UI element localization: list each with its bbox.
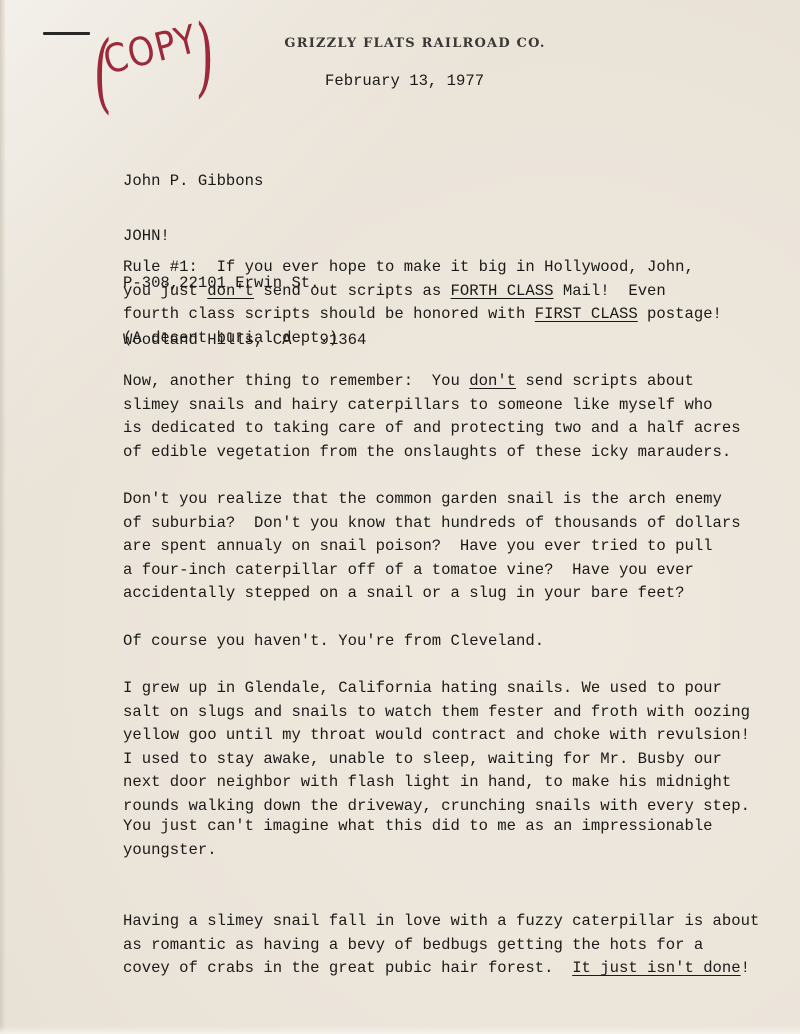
text-line: a four-inch caterpillar off of a tomatoe… [123,559,741,583]
text-run: Of course you haven't. You're from Cleve… [123,632,544,650]
text-run: I used to stay awake, unable to sleep, w… [123,750,722,768]
text-line: next door neighbor with flash light in h… [123,771,750,795]
text-run: covey of crabs in the great pubic hair f… [123,959,572,977]
text-run: a four-inch caterpillar off of a tomatoe… [123,561,694,579]
paragraph-cleveland: Of course you haven't. You're from Cleve… [123,630,544,654]
underlined-emphasis: FIRST CLASS [535,305,638,323]
paragraph-impressionable: You just can't imagine what this did to … [123,815,713,862]
text-run: postage! [638,305,722,323]
text-run: as romantic as having a bevy of bedbugs … [123,936,703,954]
text-run: salt on slugs and snails to watch them f… [123,703,750,721]
text-line: Don't you realize that the common garden… [123,488,741,512]
text-line: I used to stay awake, unable to sleep, w… [123,748,750,772]
letter-page: ( COPY ) GRIZZLY FLATS RAILROAD CO. Febr… [0,0,800,1034]
text-line: covey of crabs in the great pubic hair f… [123,957,759,981]
text-line: yellow goo until my throat would contrac… [123,724,750,748]
paragraph-arch-enemy: Don't you realize that the common garden… [123,488,741,606]
recipient-name: John P. Gibbons [123,172,366,191]
text-line: of edible vegetation from the onslaughts… [123,441,741,465]
text-line: slimey snails and hairy caterpillars to … [123,394,741,418]
text-line: Having a slimey snail fall in love with … [123,910,759,934]
text-run: youngster. [123,841,217,859]
underlined-emphasis: don't [469,372,516,390]
text-line: is dedicated to taking care of and prote… [123,417,741,441]
handwritten-copy-annotation: ( COPY ) [92,20,222,120]
company-letterhead: GRIZZLY FLATS RAILROAD CO. [0,36,800,51]
paragraph-another-thing: Now, another thing to remember: You don'… [123,370,741,464]
text-run: is dedicated to taking care of and prote… [123,419,741,437]
text-line: are spent annualy on snail poison? Have … [123,535,741,559]
text-run: send scripts about [516,372,694,390]
text-line: Of course you haven't. You're from Cleve… [123,630,544,654]
text-run: You just can't imagine what this did to … [123,817,713,835]
text-run: next door neighbor with flash light in h… [123,773,731,791]
text-run: accidentally stepped on a snail or a slu… [123,584,684,602]
underlined-emphasis: don't [207,282,254,300]
text-run: Mail! Even [553,282,665,300]
text-run: fourth class scripts should be honored w… [123,305,535,323]
text-run: of edible vegetation from the onslaughts… [123,443,731,461]
text-line: Rule #1: If you ever hope to make it big… [123,256,722,280]
text-run: slimey snails and hairy caterpillars to … [123,396,713,414]
paragraph-rule-one: Rule #1: If you ever hope to make it big… [123,256,722,350]
text-line: of suburbia? Don't you know that hundred… [123,512,741,536]
text-run: Don't you realize that the common garden… [123,490,722,508]
text-run: yellow goo until my throat would contrac… [123,726,750,744]
text-line: accidentally stepped on a snail or a slu… [123,582,741,606]
text-run: Now, another thing to remember: You [123,372,469,390]
letter-date: February 13, 1977 [325,72,484,90]
text-line: youngster. [123,839,713,863]
text-run: of suburbia? Don't you know that hundred… [123,514,741,532]
text-line: Now, another thing to remember: You don'… [123,370,741,394]
text-run: rounds walking down the driveway, crunch… [123,797,750,815]
paragraph-not-done: Having a slimey snail fall in love with … [123,910,759,981]
underlined-emphasis: It just isn't done [572,959,740,977]
text-run: you just [123,282,207,300]
text-line: you just don't send out scripts as FORTH… [123,280,722,304]
text-run: ! [741,959,750,977]
text-run: Rule #1: If you ever hope to make it big… [123,258,694,276]
text-run: send out scripts as [254,282,451,300]
text-run: Having a slimey snail fall in love with … [123,912,759,930]
text-line: I grew up in Glendale, California hating… [123,677,750,701]
text-line: You just can't imagine what this did to … [123,815,713,839]
copy-close-paren: ) [196,14,214,100]
text-run: I grew up in Glendale, California hating… [123,679,722,697]
text-run: (A decent burial dept.) [123,329,338,347]
text-run: are spent annualy on snail poison? Have … [123,537,713,555]
text-line: salt on slugs and snails to watch them f… [123,701,750,725]
text-line: (A decent burial dept.) [123,327,722,351]
underlined-emphasis: FORTH CLASS [451,282,554,300]
salutation: JOHN! [123,227,170,245]
paragraph-glendale: I grew up in Glendale, California hating… [123,677,750,819]
text-line: fourth class scripts should be honored w… [123,303,722,327]
text-line: as romantic as having a bevy of bedbugs … [123,934,759,958]
pen-dash-mark [43,32,90,35]
